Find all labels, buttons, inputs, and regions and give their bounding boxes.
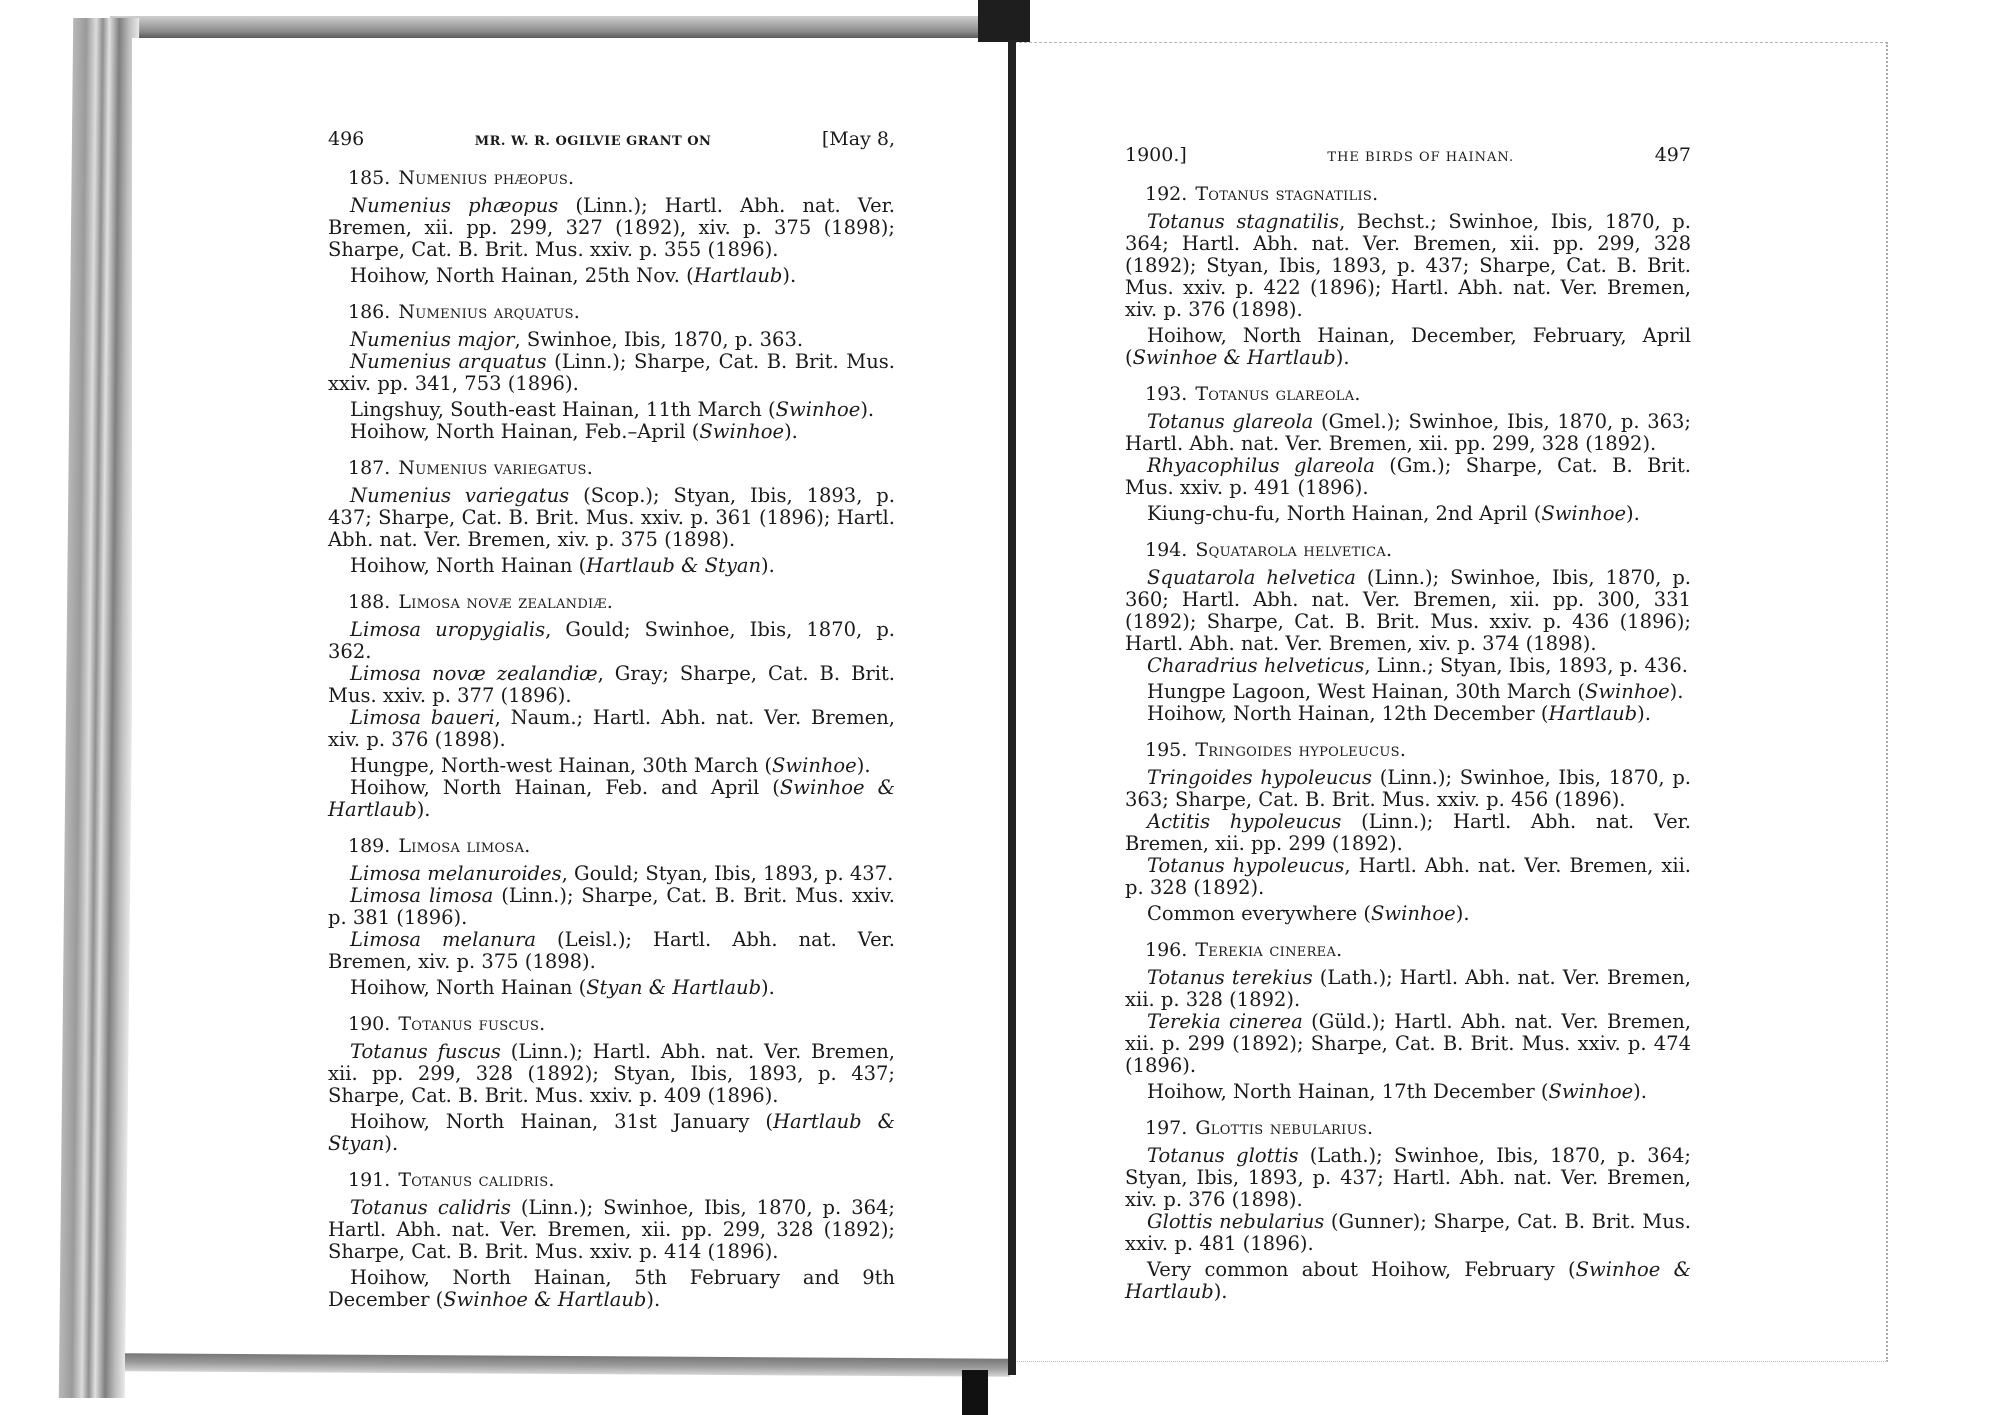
synonym-reference: Totanus stagnatilis, Bechst.; Swinhoe, I… bbox=[1125, 211, 1691, 321]
species-name: Numenius phæopus. bbox=[398, 167, 574, 189]
species-entry: 192.Totanus stagnatilis.Totanus stagnati… bbox=[1125, 183, 1691, 369]
locality-records: Very common about Hoihow, February (Swin… bbox=[1125, 1259, 1691, 1303]
species-number: 197. bbox=[1145, 1117, 1187, 1139]
book-spine bbox=[1008, 40, 1016, 1375]
collector-name: Swinhoe bbox=[699, 420, 784, 443]
species-name: Limosa novæ zealandiæ. bbox=[398, 591, 613, 613]
locality-records: Lingshuy, South-east Hainan, 11th March … bbox=[328, 399, 895, 443]
locality-record: Hungpe Lagoon, West Hainan, 30th March (… bbox=[1125, 681, 1691, 703]
synonym-reference: Limosa melanuroides, Gould; Styan, Ibis,… bbox=[328, 863, 895, 885]
synonym-reference: Actitis hypoleucus (Linn.); Hartl. Abh. … bbox=[1125, 811, 1691, 855]
locality-record: Hoihow, North Hainan, Feb. and April (Sw… bbox=[328, 777, 895, 821]
synonym-reference: Glottis nebularius (Gunner); Sharpe, Cat… bbox=[1125, 1211, 1691, 1255]
species-heading: 191.Totanus calidris. bbox=[348, 1169, 895, 1191]
locality-record: Hoihow, North Hainan, 17th December (Swi… bbox=[1125, 1081, 1691, 1103]
locality-records: Kiung-chu-fu, North Hainan, 2nd April (S… bbox=[1125, 503, 1691, 525]
locality-record: Lingshuy, South-east Hainan, 11th March … bbox=[328, 399, 895, 421]
locality-records: Common everywhere (Swinhoe). bbox=[1125, 903, 1691, 925]
taxon-name: Tringoides hypoleucus bbox=[1147, 766, 1372, 789]
synonym-reference: Numenius major, Swinhoe, Ibis, 1870, p. … bbox=[328, 329, 895, 351]
synonym-reference: Totanus calidris (Linn.); Swinhoe, Ibis,… bbox=[328, 1197, 895, 1263]
species-name: Numenius arquatus. bbox=[398, 301, 580, 323]
running-title: THE BIRDS OF HAINAN. bbox=[1327, 147, 1514, 169]
locality-record: Common everywhere (Swinhoe). bbox=[1125, 903, 1691, 925]
species-list: 185.Numenius phæopus.Numenius phæopus (L… bbox=[328, 167, 895, 1311]
right-text-column: 1900.] THE BIRDS OF HAINAN. 497 192.Tota… bbox=[1125, 144, 1691, 1317]
species-number: 190. bbox=[348, 1013, 390, 1035]
locality-record: Very common about Hoihow, February (Swin… bbox=[1125, 1259, 1691, 1303]
species-name: Limosa limosa. bbox=[398, 835, 530, 857]
species-entry: 197.Glottis nebularius.Totanus glottis (… bbox=[1125, 1117, 1691, 1303]
date-marker: 1900.] bbox=[1125, 144, 1187, 166]
locality-records: Hoihow, North Hainan, 25th Nov. (Hartlau… bbox=[328, 265, 895, 287]
species-number: 191. bbox=[348, 1169, 390, 1191]
species-name: Tringoides hypoleucus. bbox=[1195, 739, 1406, 761]
species-entry: 196.Terekia cinerea.Totanus terekius (La… bbox=[1125, 939, 1691, 1103]
taxon-name: Rhyacophilus glareola bbox=[1147, 454, 1375, 477]
species-number: 188. bbox=[348, 591, 390, 613]
spine-top-shadow bbox=[978, 0, 1030, 42]
species-heading: 188.Limosa novæ zealandiæ. bbox=[348, 591, 895, 613]
locality-record: Hoihow, North Hainan (Hartlaub & Styan). bbox=[328, 555, 895, 577]
species-entry: 187.Numenius variegatus.Numenius variega… bbox=[328, 457, 895, 577]
collector-name: Swinhoe & Hartlaub bbox=[1133, 346, 1336, 369]
taxon-name: Actitis hypoleucus bbox=[1147, 810, 1341, 833]
locality-record: Hoihow, North Hainan, December, February… bbox=[1125, 325, 1691, 369]
species-heading: 193.Totanus glareola. bbox=[1145, 383, 1691, 405]
taxon-name: Numenius phæopus bbox=[350, 194, 558, 217]
synonym-reference: Limosa limosa (Linn.); Sharpe, Cat. B. B… bbox=[328, 885, 895, 929]
synonym-reference: Numenius phæopus (Linn.); Hartl. Abh. na… bbox=[328, 195, 895, 261]
synonym-reference: Totanus hypoleucus, Hartl. Abh. nat. Ver… bbox=[1125, 855, 1691, 899]
locality-record: Hoihow, North Hainan, 31st January (Hart… bbox=[328, 1111, 895, 1155]
species-number: 194. bbox=[1145, 539, 1187, 561]
species-entry: 189.Limosa limosa.Limosa melanuroides, G… bbox=[328, 835, 895, 999]
species-list: 192.Totanus stagnatilis.Totanus stagnati… bbox=[1125, 183, 1691, 1303]
locality-records: Hungpe, North-west Hainan, 30th March (S… bbox=[328, 755, 895, 821]
book-top-edge bbox=[110, 16, 1005, 38]
collector-name: Hartlaub bbox=[694, 264, 783, 287]
locality-records: Hoihow, North Hainan (Hartlaub & Styan). bbox=[328, 555, 895, 577]
locality-records: Hoihow, North Hainan, 31st January (Hart… bbox=[328, 1111, 895, 1155]
species-entry: 185.Numenius phæopus.Numenius phæopus (L… bbox=[328, 167, 895, 287]
species-number: 195. bbox=[1145, 739, 1187, 761]
locality-records: Hoihow, North Hainan, December, February… bbox=[1125, 325, 1691, 369]
synonym-reference: Limosa baueri, Naum.; Hartl. Abh. nat. V… bbox=[328, 707, 895, 751]
species-name: Totanus calidris. bbox=[398, 1169, 554, 1191]
page-number: 496 bbox=[328, 128, 364, 150]
species-heading: 195.Tringoides hypoleucus. bbox=[1145, 739, 1691, 761]
species-entry: 188.Limosa novæ zealandiæ.Limosa uropygi… bbox=[328, 591, 895, 821]
synonym-reference: Charadrius helveticus, Linn.; Styan, Ibi… bbox=[1125, 655, 1691, 677]
species-heading: 190.Totanus fuscus. bbox=[348, 1013, 895, 1035]
left-running-head: 496 MR. W. R. OGILVIE GRANT ON [May 8, bbox=[328, 128, 895, 153]
taxon-name: Limosa novæ zealandiæ bbox=[350, 662, 598, 685]
collector-name: Swinhoe bbox=[776, 398, 861, 421]
synonym-reference: Limosa melanura (Leisl.); Hartl. Abh. na… bbox=[328, 929, 895, 973]
species-name: Totanus glareola. bbox=[1195, 383, 1360, 405]
synonym-reference: Numenius arquatus (Linn.); Sharpe, Cat. … bbox=[328, 351, 895, 395]
taxon-name: Numenius arquatus bbox=[350, 350, 547, 373]
species-heading: 197.Glottis nebularius. bbox=[1145, 1117, 1691, 1139]
locality-record: Hoihow, North Hainan, 12th December (Har… bbox=[1125, 703, 1691, 725]
running-title: MR. W. R. OGILVIE GRANT ON bbox=[475, 131, 712, 153]
date-marker: [May 8, bbox=[822, 128, 895, 150]
taxon-name: Terekia cinerea bbox=[1147, 1010, 1303, 1033]
collector-name: Swinhoe bbox=[1548, 1080, 1633, 1103]
collector-name: Hartlaub bbox=[1548, 702, 1637, 725]
taxon-name: Totanus terekius bbox=[1147, 966, 1313, 989]
collector-name: Swinhoe bbox=[1371, 902, 1456, 925]
collector-name: Swinhoe bbox=[1585, 680, 1670, 703]
collector-name: Swinhoe & Hartlaub bbox=[328, 776, 895, 821]
synonym-reference: Rhyacophilus glareola (Gm.); Sharpe, Cat… bbox=[1125, 455, 1691, 499]
locality-record: Hungpe, North-west Hainan, 30th March (S… bbox=[328, 755, 895, 777]
synonym-reference: Terekia cinerea (Güld.); Hartl. Abh. nat… bbox=[1125, 1011, 1691, 1077]
species-number: 196. bbox=[1145, 939, 1187, 961]
species-number: 192. bbox=[1145, 183, 1187, 205]
taxon-name: Totanus glareola bbox=[1147, 410, 1313, 433]
species-name: Numenius variegatus. bbox=[398, 457, 593, 479]
species-entry: 186.Numenius arquatus.Numenius major, Sw… bbox=[328, 301, 895, 443]
species-name: Totanus stagnatilis. bbox=[1195, 183, 1378, 205]
taxon-name: Limosa melanuroides bbox=[350, 862, 562, 885]
collector-name: Swinhoe bbox=[1541, 502, 1626, 525]
species-number: 189. bbox=[348, 835, 390, 857]
taxon-name: Numenius major bbox=[350, 328, 514, 351]
collector-name: Hartlaub & Styan bbox=[586, 554, 761, 577]
species-heading: 192.Totanus stagnatilis. bbox=[1145, 183, 1691, 205]
taxon-name: Totanus fuscus bbox=[350, 1040, 501, 1063]
species-heading: 187.Numenius variegatus. bbox=[348, 457, 895, 479]
spine-bottom-shadow bbox=[962, 1370, 988, 1415]
species-entry: 194.Squatarola helvetica.Squatarola helv… bbox=[1125, 539, 1691, 725]
book-bottom-edge bbox=[125, 1353, 1010, 1376]
species-entry: 191.Totanus calidris.Totanus calidris (L… bbox=[328, 1169, 895, 1311]
locality-record: Hoihow, North Hainan, 5th February and 9… bbox=[328, 1267, 895, 1311]
collector-name: Styan & Hartlaub bbox=[586, 976, 761, 999]
collector-name: Swinhoe & Hartlaub bbox=[1125, 1258, 1691, 1303]
species-number: 193. bbox=[1145, 383, 1187, 405]
left-text-column: 496 MR. W. R. OGILVIE GRANT ON [May 8, 1… bbox=[328, 128, 895, 1325]
species-heading: 196.Terekia cinerea. bbox=[1145, 939, 1691, 961]
collector-name: Swinhoe bbox=[772, 754, 857, 777]
synonym-reference: Limosa novæ zealandiæ, Gray; Sharpe, Cat… bbox=[328, 663, 895, 707]
locality-records: Hoihow, North Hainan, 17th December (Swi… bbox=[1125, 1081, 1691, 1103]
book-page-edges bbox=[59, 18, 139, 1398]
synonym-reference: Numenius variegatus (Scop.); Styan, Ibis… bbox=[328, 485, 895, 551]
species-name: Squatarola helvetica. bbox=[1195, 539, 1392, 561]
locality-records: Hoihow, North Hainan (Styan & Hartlaub). bbox=[328, 977, 895, 999]
synonym-reference: Limosa uropygialis, Gould; Swinhoe, Ibis… bbox=[328, 619, 895, 663]
taxon-name: Limosa baueri bbox=[350, 706, 495, 729]
species-number: 187. bbox=[348, 457, 390, 479]
species-entry: 190.Totanus fuscus.Totanus fuscus (Linn.… bbox=[328, 1013, 895, 1155]
species-name: Totanus fuscus. bbox=[398, 1013, 545, 1035]
collector-name: Swinhoe & Hartlaub bbox=[443, 1288, 646, 1311]
synonym-reference: Totanus fuscus (Linn.); Hartl. Abh. nat.… bbox=[328, 1041, 895, 1107]
locality-record: Hoihow, North Hainan, Feb.–April (Swinho… bbox=[328, 421, 895, 443]
species-name: Glottis nebularius. bbox=[1195, 1117, 1373, 1139]
taxon-name: Squatarola helvetica bbox=[1147, 566, 1356, 589]
taxon-name: Totanus calidris bbox=[350, 1196, 511, 1219]
locality-record: Kiung-chu-fu, North Hainan, 2nd April (S… bbox=[1125, 503, 1691, 525]
taxon-name: Limosa melanura bbox=[350, 928, 536, 951]
synonym-reference: Totanus terekius (Lath.); Hartl. Abh. na… bbox=[1125, 967, 1691, 1011]
taxon-name: Charadrius helveticus bbox=[1147, 654, 1364, 677]
taxon-name: Totanus stagnatilis bbox=[1147, 210, 1339, 233]
collector-name: Hartlaub & Styan bbox=[328, 1110, 895, 1155]
species-name: Terekia cinerea. bbox=[1195, 939, 1342, 961]
locality-record: Hoihow, North Hainan, 25th Nov. (Hartlau… bbox=[328, 265, 895, 287]
species-number: 186. bbox=[348, 301, 390, 323]
species-heading: 189.Limosa limosa. bbox=[348, 835, 895, 857]
page-number: 497 bbox=[1655, 144, 1691, 166]
taxon-name: Numenius variegatus bbox=[350, 484, 569, 507]
species-heading: 186.Numenius arquatus. bbox=[348, 301, 895, 323]
synonym-reference: Totanus glottis (Lath.); Swinhoe, Ibis, … bbox=[1125, 1145, 1691, 1211]
species-number: 185. bbox=[348, 167, 390, 189]
species-entry: 193.Totanus glareola.Totanus glareola (G… bbox=[1125, 383, 1691, 525]
synonym-reference: Squatarola helvetica (Linn.); Swinhoe, I… bbox=[1125, 567, 1691, 655]
synonym-reference: Tringoides hypoleucus (Linn.); Swinhoe, … bbox=[1125, 767, 1691, 811]
species-entry: 195.Tringoides hypoleucus.Tringoides hyp… bbox=[1125, 739, 1691, 925]
right-running-head: 1900.] THE BIRDS OF HAINAN. 497 bbox=[1125, 144, 1691, 169]
taxon-name: Totanus glottis bbox=[1147, 1144, 1298, 1167]
locality-records: Hoihow, North Hainan, 5th February and 9… bbox=[328, 1267, 895, 1311]
taxon-name: Limosa limosa bbox=[350, 884, 493, 907]
taxon-name: Limosa uropygialis bbox=[350, 618, 545, 641]
locality-records: Hungpe Lagoon, West Hainan, 30th March (… bbox=[1125, 681, 1691, 725]
species-heading: 194.Squatarola helvetica. bbox=[1145, 539, 1691, 561]
species-heading: 185.Numenius phæopus. bbox=[348, 167, 895, 189]
taxon-name: Glottis nebularius bbox=[1147, 1210, 1324, 1233]
locality-record: Hoihow, North Hainan (Styan & Hartlaub). bbox=[328, 977, 895, 999]
taxon-name: Totanus hypoleucus bbox=[1147, 854, 1344, 877]
synonym-reference: Totanus glareola (Gmel.); Swinhoe, Ibis,… bbox=[1125, 411, 1691, 455]
